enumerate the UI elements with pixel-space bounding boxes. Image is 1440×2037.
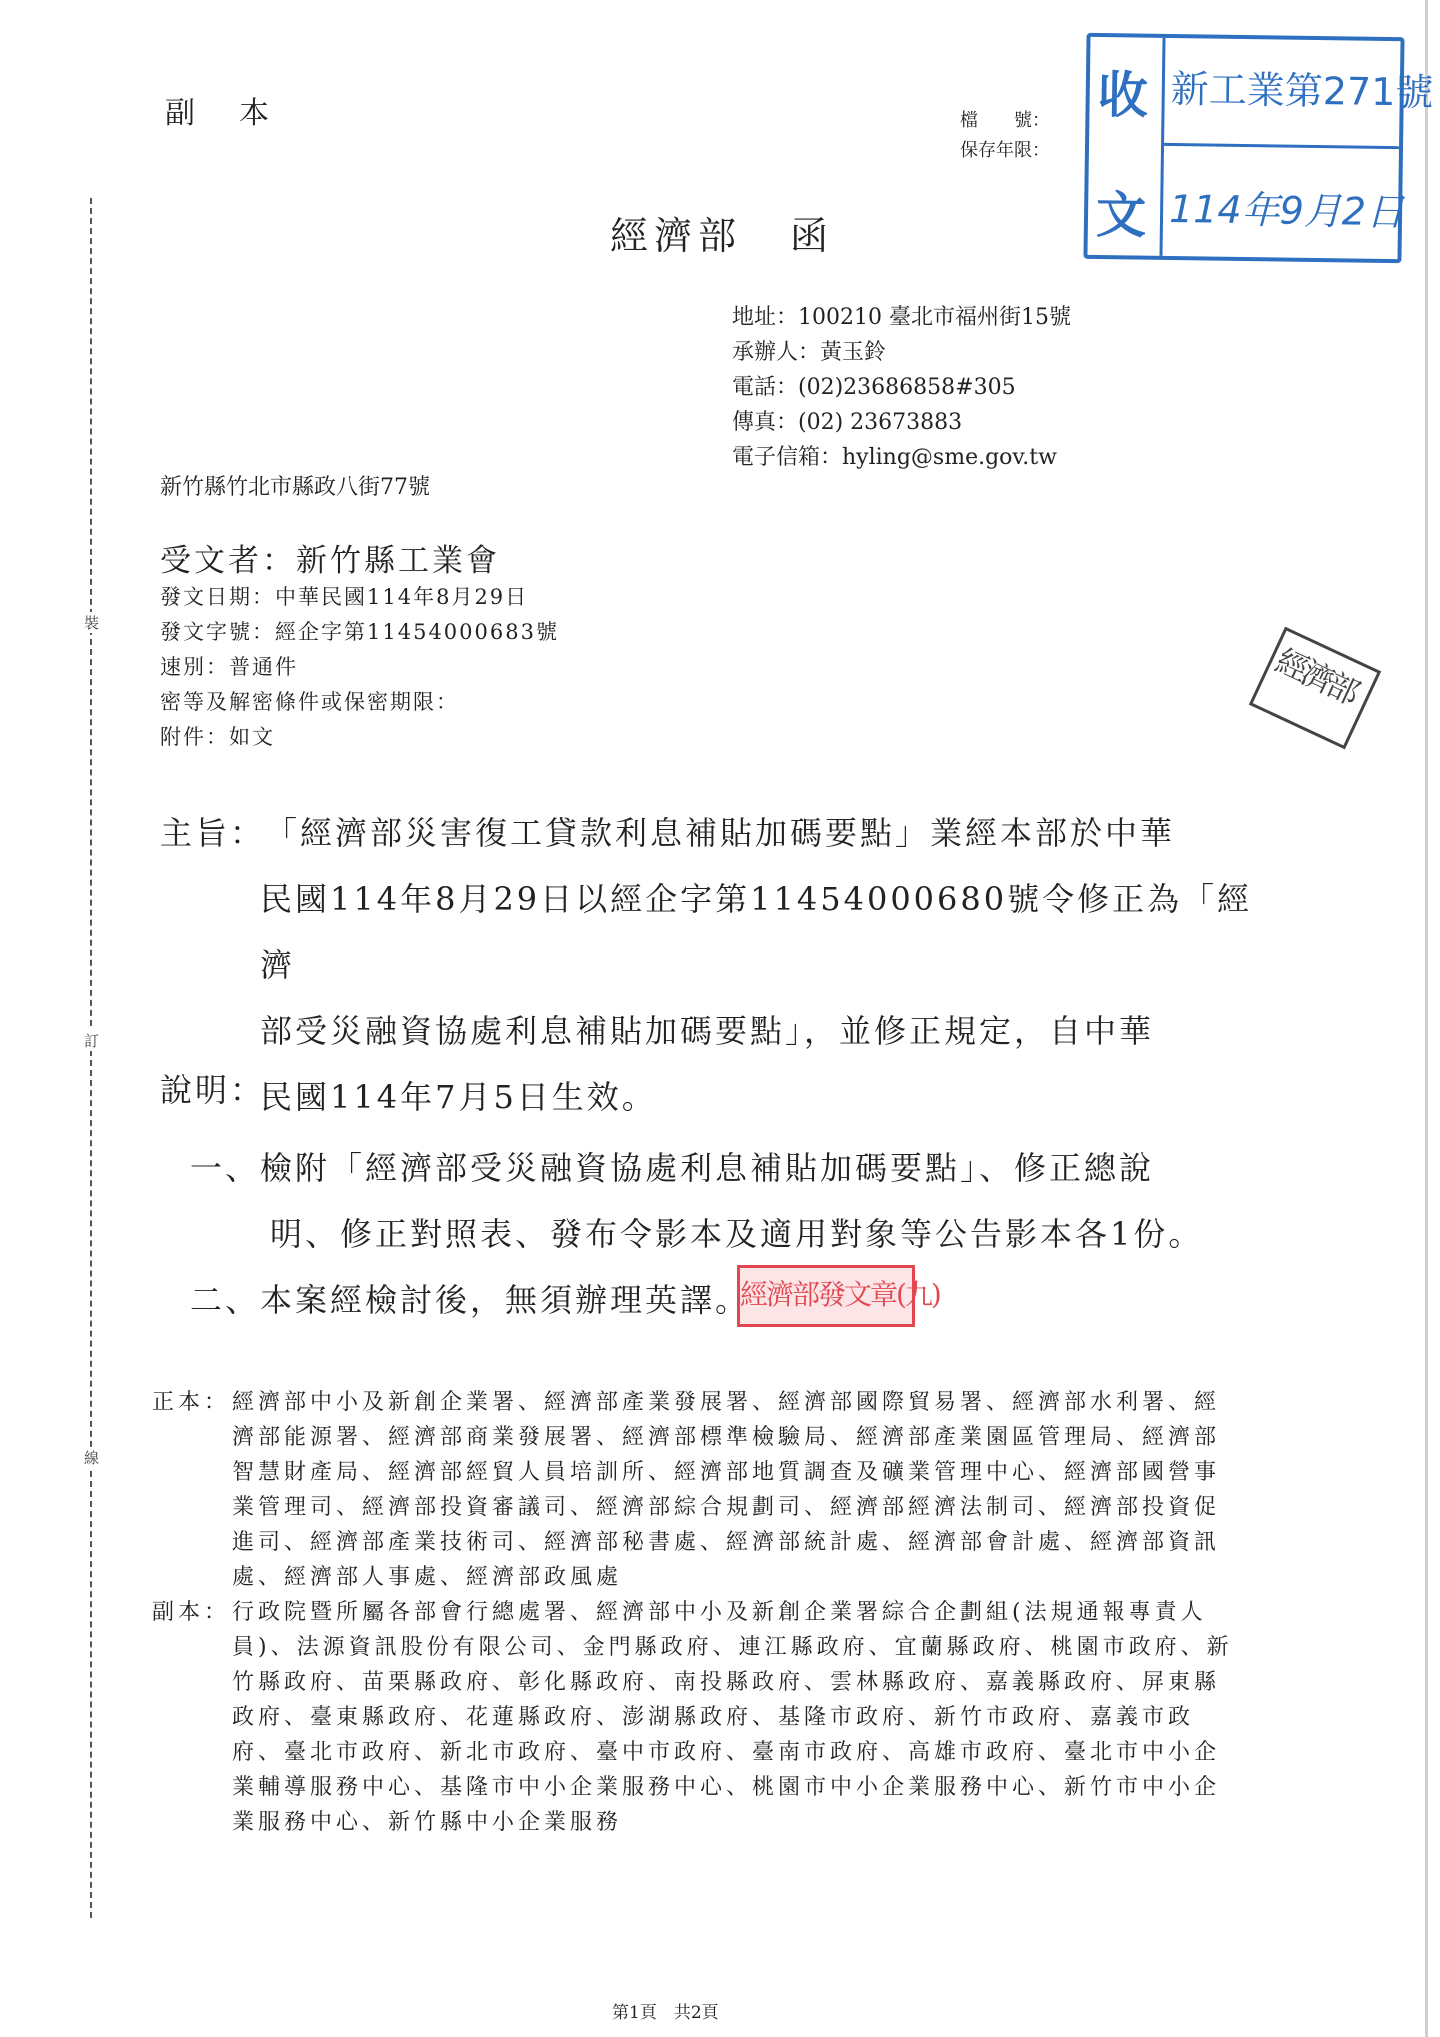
recipient-name: 受文者：新竹縣工業會 (160, 535, 500, 580)
document-meta: 發文日期：中華民國114年8月29日 發文字號：經企字第11454000683號… (160, 580, 559, 755)
attachment: 附件：如文 (160, 720, 559, 755)
subject-label: 主旨： (160, 800, 265, 866)
file-meta: 檔 號： 保存年限： (960, 106, 1050, 166)
file-number-label: 檔 號： (960, 106, 1050, 136)
recipient-address: 新竹縣竹北市縣政八街77號 (160, 470, 430, 501)
explanation-label: 說明： (160, 1065, 265, 1111)
binding-mark-xian: 線 (84, 1447, 99, 1468)
dispatch-seal: 經濟部發文章(九) (737, 1265, 915, 1327)
receipt-stamp: 收 文 新工業第271號 114年9月2日 (1083, 33, 1404, 263)
subject-text-1: 「經濟部災害復工貸款利息補貼加碼要點」業經本部於中華 (265, 814, 1175, 852)
stamp-divider (1164, 143, 1399, 149)
explanation-item-1-cont: 明、修正對照表、發布令影本及適用對象等公告影本各1份。 (190, 1201, 1270, 1267)
sender-info: 地址：100210 臺北市福州街15號 承辦人：黃玉鈴 電話：(02)23686… (732, 300, 1071, 475)
stamp-right-column: 新工業第271號 114年9月2日 (1162, 38, 1400, 259)
binding-line (90, 198, 92, 1918)
stamp-left-column: 收 文 (1087, 37, 1165, 256)
stamp-char-document: 文 (1096, 175, 1147, 248)
subject-line-4: 民國114年7月5日生效。 (160, 1064, 1260, 1130)
subject-line-1: 主旨：「經濟部災害復工貸款利息補貼加碼要點」業經本部於中華 (160, 800, 1260, 866)
copy-recipients: 副本： 行政院暨所屬各部會行總處署、經濟部中小及新創企業署綜合企劃組(法規通報專… (152, 1595, 1242, 1840)
copy-text: 行政院暨所屬各部會行總處署、經濟部中小及新創企業署綜合企劃組(法規通報專責人員)… (232, 1595, 1242, 1840)
issue-number: 發文字號：經企字第11454000683號 (160, 615, 559, 650)
original-text: 經濟部中小及新創企業署、經濟部產業發展署、經濟部國際貿易署、經濟部水利署、經濟部… (232, 1385, 1242, 1595)
stamp-number: 新工業第271號 (1170, 58, 1433, 117)
sender-fax: 傳真：(02) 23673883 (732, 405, 1071, 440)
explanation-item-2: 二、本案經檢討後，無須辦理英譯。 (190, 1267, 1270, 1333)
retention-label: 保存年限： (960, 136, 1050, 166)
subject-line-3: 部受災融資協處利息補貼加碼要點」，並修正規定，自中華 (160, 998, 1260, 1064)
binding-mark-zhuang: 裝 (84, 612, 99, 633)
document-title: 經濟部函 (610, 205, 834, 260)
binding-mark-ding: 訂 (84, 1030, 99, 1051)
original-recipients: 正本： 經濟部中小及新創企業署、經濟部產業發展署、經濟部國際貿易署、經濟部水利署… (152, 1385, 1242, 1595)
subject-line-2: 民國114年8月29日以經企字第11454000680號令修正為「經濟 (160, 866, 1260, 998)
title-org: 經濟部 (610, 214, 742, 258)
sender-address: 地址：100210 臺北市福州街15號 (732, 300, 1071, 335)
distribution-list: 正本： 經濟部中小及新創企業署、經濟部產業發展署、經濟部國際貿易署、經濟部水利署… (152, 1385, 1242, 1840)
secrecy-level: 密等及解密條件或保密期限： (160, 685, 559, 720)
sender-phone: 電話：(02)23686858#305 (732, 370, 1071, 405)
ministry-seal: 經濟部 (1249, 627, 1381, 750)
stamp-char-receive: 收 (1097, 55, 1148, 128)
speed-class: 速別：普通件 (160, 650, 559, 685)
copy-mark: 副本 (165, 88, 313, 132)
page-footer: 第1頁 共2頁 (612, 1998, 719, 2023)
title-type: 函 (790, 214, 834, 258)
sender-email: 電子信箱：hyling@sme.gov.tw (732, 440, 1071, 475)
explanation-item-1: 一、檢附「經濟部受災融資協處利息補貼加碼要點」、修正總說 (190, 1135, 1270, 1201)
explanation-section: 一、檢附「經濟部受災融資協處利息補貼加碼要點」、修正總說 明、修正對照表、發布令… (190, 1135, 1270, 1333)
stamp-date: 114年9月2日 (1169, 178, 1405, 236)
copy-label: 副本： (152, 1595, 232, 1840)
page-edge (1425, 0, 1428, 2037)
subject-section: 主旨：「經濟部災害復工貸款利息補貼加碼要點」業經本部於中華 民國114年8月29… (160, 800, 1260, 1130)
sender-handler: 承辦人：黃玉鈴 (732, 335, 1071, 370)
issue-date: 發文日期：中華民國114年8月29日 (160, 580, 559, 615)
original-label: 正本： (152, 1385, 232, 1595)
